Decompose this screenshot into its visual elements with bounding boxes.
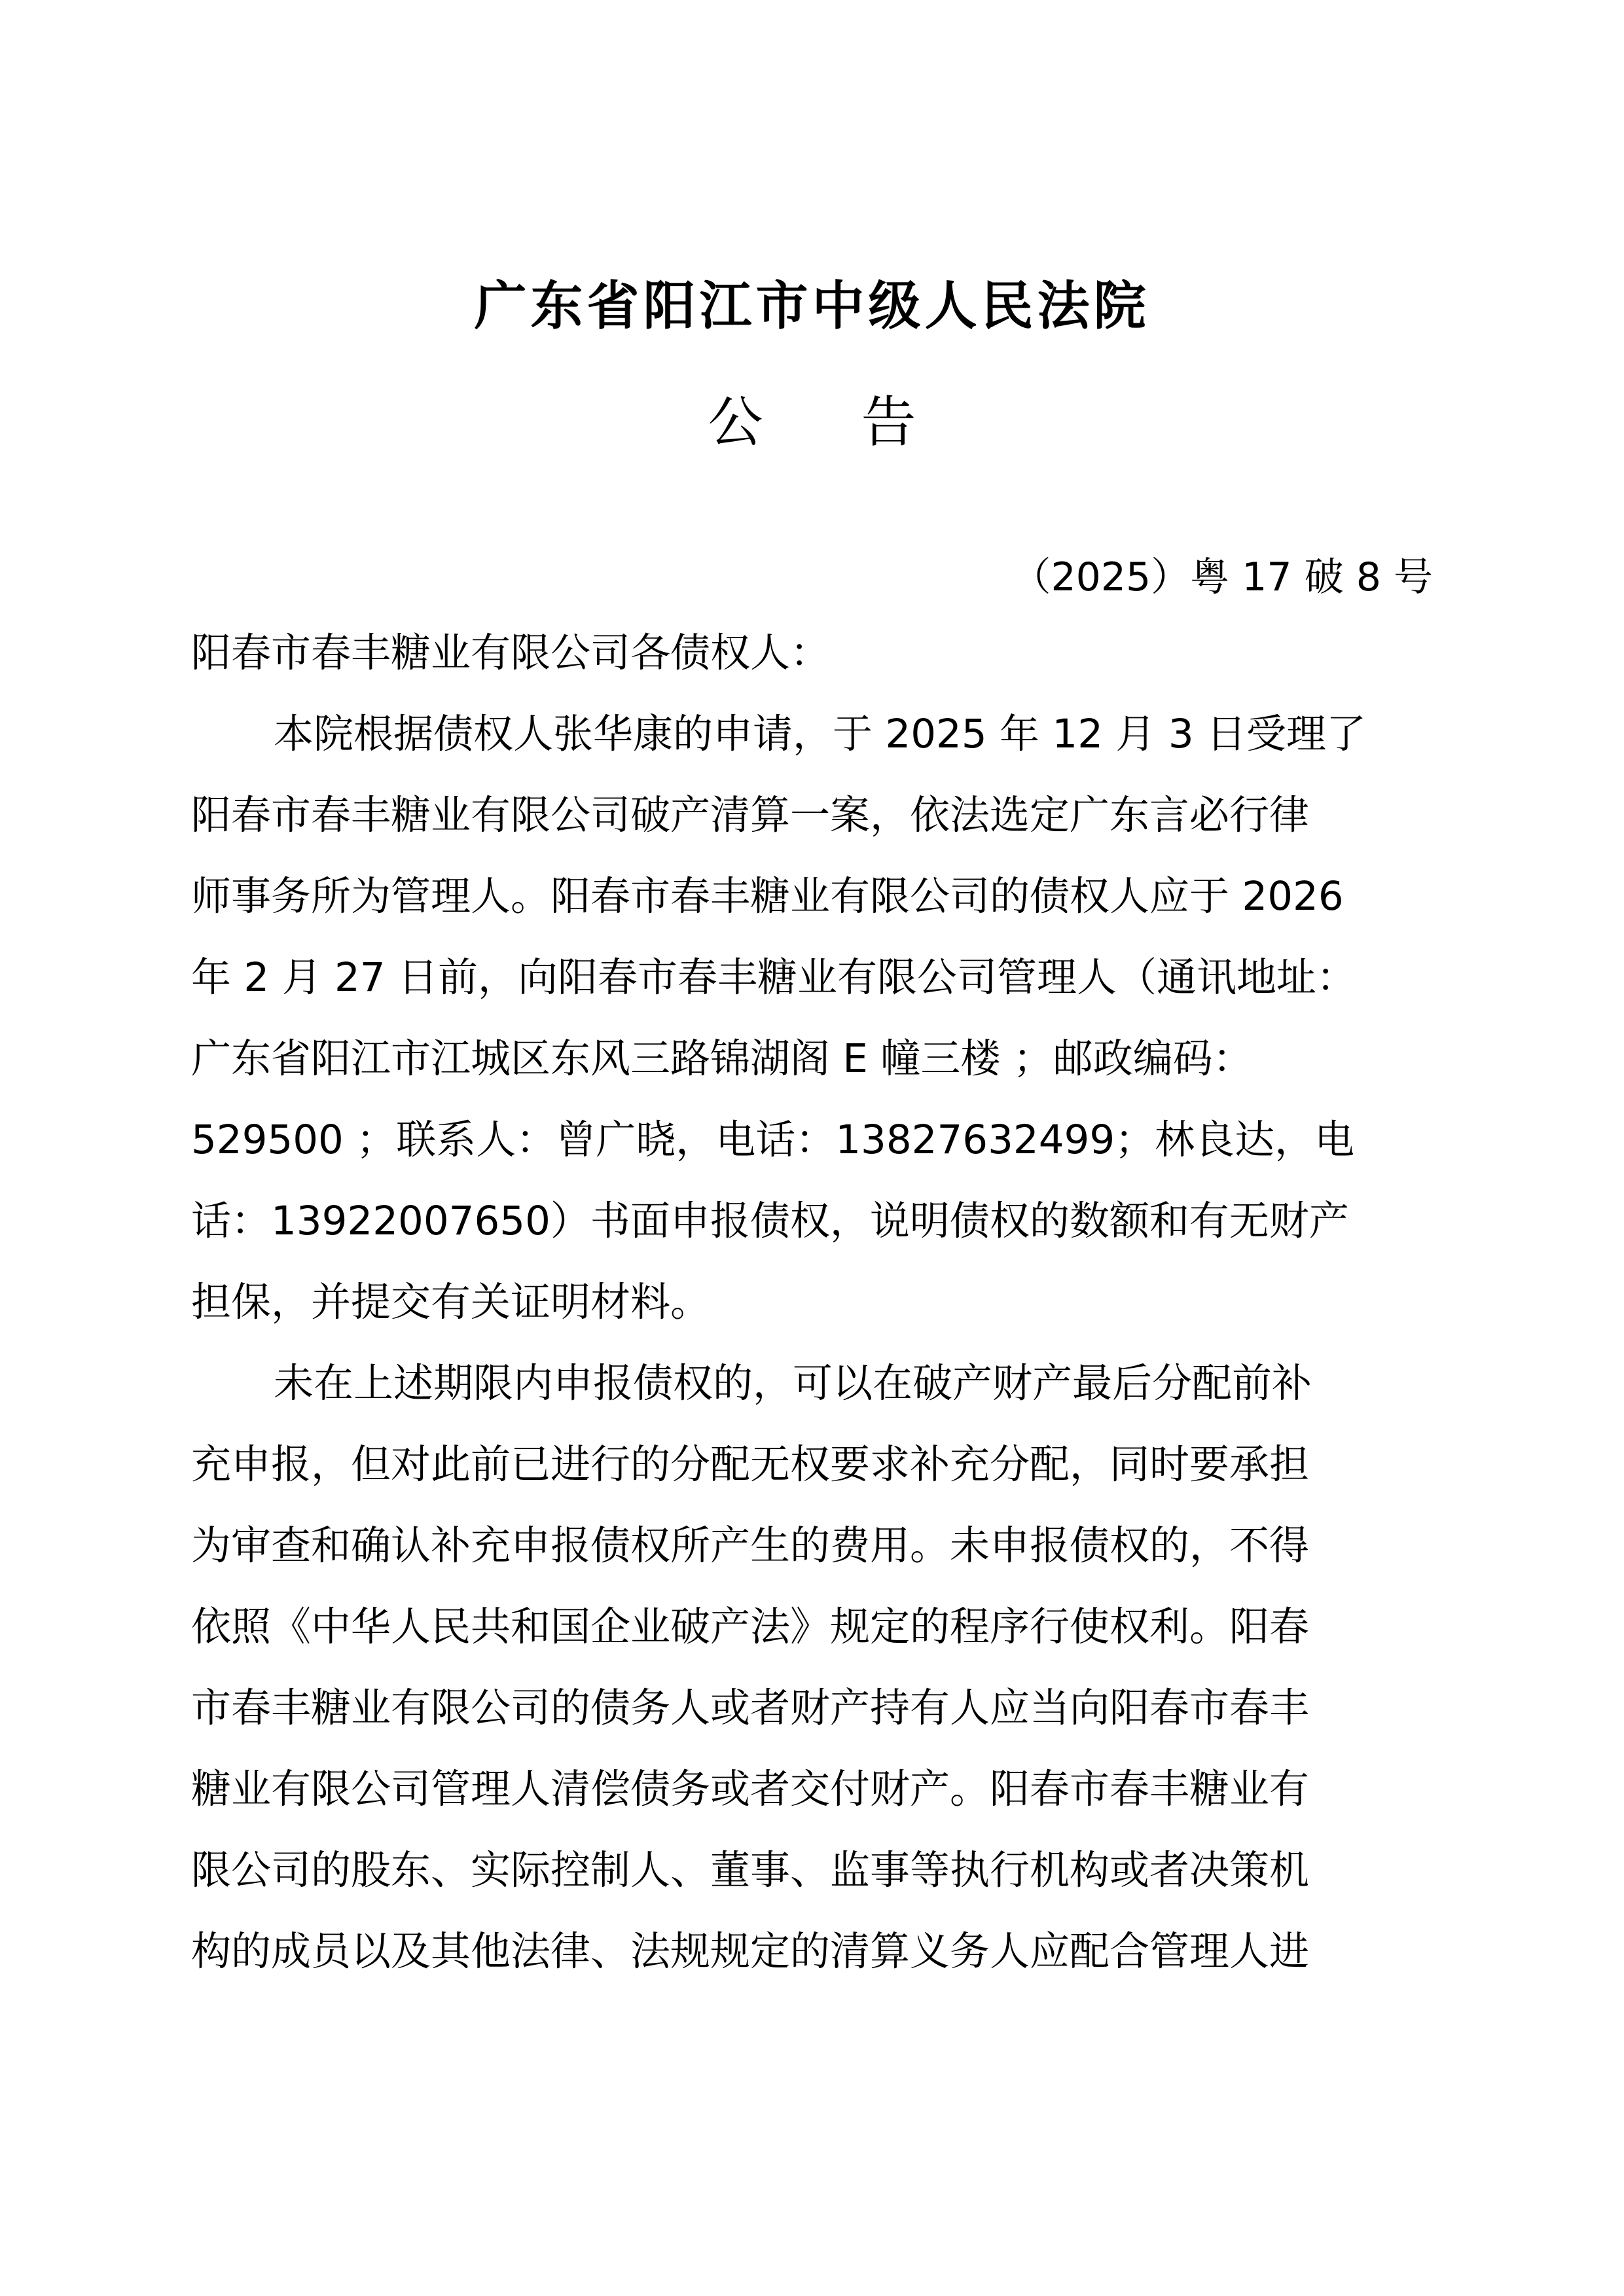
paragraph-2-line-1: 未在上述期限内申报债权的，可以在破产财产最后分配前补 <box>274 1357 1557 1410</box>
paragraph-1-line-5: 广东省阳江市江城区东风三路锦湖阁 E 幢三楼 ；邮政编码： <box>191 1033 1474 1085</box>
paragraph-2-line-6: 糖业有限公司管理人清偿债务或者交付财产。阳春市春丰糖业有 <box>191 1763 1474 1816</box>
document-page: 广东省阳江市中级人民法院 公告 （2025）粤 17 破 8 号 阳春市春丰糖业… <box>0 0 1624 2296</box>
court-name-heading: 广东省阳江市中级人民法院 <box>0 274 1624 339</box>
announcement-title: 公告 <box>0 386 1624 458</box>
paragraph-1-line-4: 年 2 月 27 日前，向阳春市春丰糖业有限公司管理人（通讯地址： <box>191 952 1474 1004</box>
paragraph-2-line-5: 市春丰糖业有限公司的债务人或者财产持有人应当向阳春市春丰 <box>191 1682 1474 1734</box>
paragraph-2-line-3: 为审查和确认补充申报债权所产生的费用。未申报债权的，不得 <box>191 1520 1474 1572</box>
paragraph-1-line-7: 话：13922007650）书面申报债权，说明债权的数额和有无财产 <box>191 1195 1474 1247</box>
case-number: （2025）粤 17 破 8 号 <box>1011 551 1433 603</box>
paragraph-1-line-2: 阳春市春丰糖业有限公司破产清算一案，依法选定广东言必行律 <box>191 789 1474 842</box>
paragraph-2-line-7: 限公司的股东、实际控制人、董事、监事等执行机构或者决策机 <box>191 1844 1474 1897</box>
salutation: 阳春市春丰糖业有限公司各债权人： <box>191 627 1474 679</box>
paragraph-1-line-6: 529500 ；联系人：曾广晓，电话：13827632499；林良达，电 <box>191 1114 1474 1166</box>
paragraph-1-line-3: 师事务所为管理人。阳春市春丰糖业有限公司的债权人应于 2026 <box>191 870 1474 923</box>
paragraph-1-line-8: 担保，并提交有关证明材料。 <box>191 1276 1474 1329</box>
paragraph-2-line-2: 充申报，但对此前已进行的分配无权要求补充分配，同时要承担 <box>191 1439 1474 1491</box>
announcement-title-char-2: 告 <box>861 386 916 458</box>
announcement-title-char-1: 公 <box>708 386 763 458</box>
paragraph-1-line-1: 本院根据债权人张华康的申请，于 2025 年 12 月 3 日受理了 <box>274 708 1557 761</box>
paragraph-2-line-8: 构的成员以及其他法律、法规规定的清算义务人应配合管理人进 <box>191 1926 1474 1978</box>
paragraph-2-line-4: 依照《中华人民共和国企业破产法》规定的程序行使权利。阳春 <box>191 1601 1474 1653</box>
